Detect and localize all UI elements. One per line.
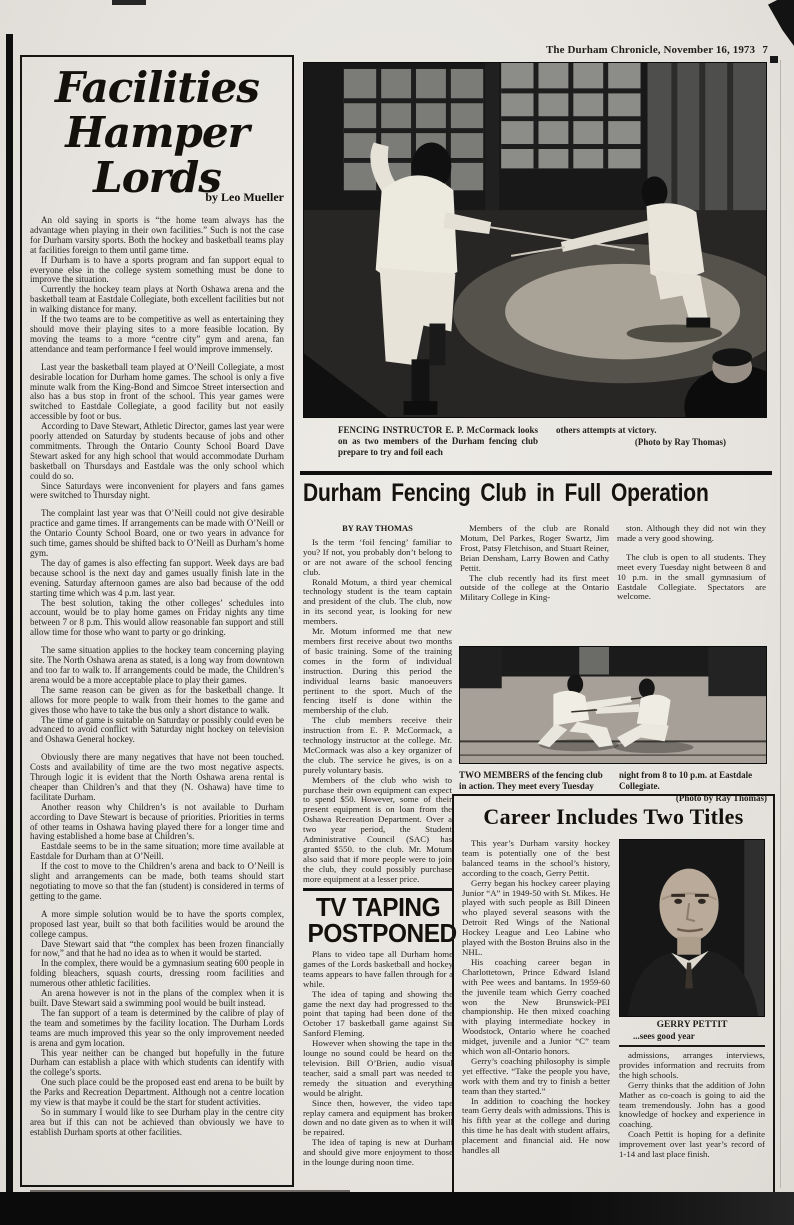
career-column-1: This year’s Durham varsity hockey team i… bbox=[462, 839, 610, 1187]
paragraph: If Durham is to have a sports program an… bbox=[30, 256, 284, 286]
ink-spot bbox=[770, 56, 778, 63]
paragraph: The time of game is suitable on Saturday… bbox=[30, 716, 284, 746]
left-scan-mark bbox=[6, 34, 13, 1192]
fencing-byline: BY RAY THOMAS bbox=[303, 524, 452, 534]
paragraph: In addition to coaching the hockey team … bbox=[462, 1097, 610, 1156]
paragraph: One such place could be the proposed eas… bbox=[30, 1078, 284, 1108]
photo-caption: night from 8 to 10 p.m. at Eastdale Coll… bbox=[619, 770, 767, 792]
paragraph: The day of games is also effecting fan s… bbox=[30, 559, 284, 599]
paragraph: His coaching career began in Charlotteto… bbox=[462, 958, 610, 1057]
headline-line: TV TAPING bbox=[308, 894, 449, 920]
paragraph: The best solution, taking the other coll… bbox=[30, 599, 284, 639]
newspaper-page: The Durham Chronicle, November 16, 1973 … bbox=[0, 0, 794, 1225]
paragraph: Currently the hockey team plays at North… bbox=[30, 285, 284, 315]
fencing-photo-graphic bbox=[304, 63, 766, 417]
facilities-body: An old saying in sports is “the home tea… bbox=[30, 216, 284, 1178]
gerry-pettit-photo bbox=[619, 839, 765, 1017]
right-fold-line bbox=[780, 60, 781, 1188]
paragraph: The same reason can be given as for the … bbox=[30, 686, 284, 716]
paragraph: Since Saturdays were inconvenient for pl… bbox=[30, 482, 284, 502]
paragraph: ston. Although they did not win they mad… bbox=[617, 524, 766, 544]
portrait-subcaption: ...sees good year bbox=[619, 1031, 765, 1047]
title-line: Facilities bbox=[30, 65, 284, 110]
paragraph: An arena however is not in the plans of … bbox=[30, 989, 284, 1009]
paragraph: The fan support of a team is determined … bbox=[30, 1009, 284, 1049]
fencing-instructor-photo bbox=[303, 62, 767, 418]
article-career-two-titles: Career Includes Two Titles This year’s D… bbox=[452, 794, 775, 1214]
fencing-column-1: BY RAY THOMAS Is the term ‘foil fencing’… bbox=[303, 524, 452, 886]
paragraph: However when showing the tape in the lou… bbox=[303, 1039, 453, 1098]
paragraph: Members of the club who wish to purchase… bbox=[303, 776, 452, 885]
page-number: 7 bbox=[762, 44, 768, 56]
paragraph: Gerry’s coaching philosophy is simple ye… bbox=[462, 1057, 610, 1097]
paragraph: The idea of taping is new at Durham and … bbox=[303, 1138, 453, 1168]
career-headline: Career Includes Two Titles bbox=[462, 804, 765, 830]
paragraph: The same situation applies to the hockey… bbox=[30, 646, 284, 686]
facilities-byline: by Leo Mueller bbox=[205, 190, 284, 205]
paragraph: This year’s Durham varsity hockey team i… bbox=[462, 839, 610, 879]
paragraph: Eastdale seems to be in the same situati… bbox=[30, 842, 284, 862]
paragraph: Dave Stewart said that “the complex has … bbox=[30, 940, 284, 960]
paragraph: Another reason why Children’s is not ava… bbox=[30, 803, 284, 843]
paragraph: admissions, arranges interviews, provide… bbox=[619, 1051, 765, 1081]
paragraph: In the complex, there would be a gymnasi… bbox=[30, 959, 284, 989]
paragraph: This year neither can be changed but hop… bbox=[30, 1049, 284, 1079]
paragraph: Plans to video tape all Durham home game… bbox=[303, 950, 453, 990]
photo-credit: (Photo by Ray Thomas) bbox=[556, 437, 726, 448]
paragraph: Last year the basketball team played at … bbox=[30, 363, 284, 422]
paragraph: An old saying in sports is “the home tea… bbox=[30, 216, 284, 256]
fencing-headline: Durham Fencing Club in Full Operation bbox=[303, 479, 773, 508]
masthead-title: The Durham Chronicle, November 16, 1973 bbox=[546, 44, 755, 56]
paragraph: Gerry began his hockey career playing Ju… bbox=[462, 879, 610, 958]
paragraph: The club is open to all students. They m… bbox=[617, 553, 766, 603]
paragraph: Mr. Motum informed me that new members f… bbox=[303, 627, 452, 716]
paragraph: The club members receive their instructi… bbox=[303, 716, 452, 775]
paragraph: Members of the club are Ronald Motum, De… bbox=[460, 524, 609, 574]
fencing-members-photo bbox=[459, 646, 767, 764]
photo-caption: others attempts at victory. bbox=[556, 425, 726, 436]
corner-scan-mark bbox=[768, 0, 794, 46]
tv-taping-headline: TV TAPING POSTPONED bbox=[308, 894, 449, 946]
career-column-2: admissions, arranges interviews, provide… bbox=[619, 1051, 765, 1191]
fencing-column-1-text: Is the term ‘foil fencing’ familiar to y… bbox=[303, 538, 452, 885]
paragraph: A more simple solution would be to have … bbox=[30, 910, 284, 940]
facilities-title: Facilities Hamper Lords by Leo Mueller bbox=[30, 61, 284, 207]
portrait-caption: GERRY PETTIT bbox=[619, 1020, 765, 1031]
paragraph: Is the term ‘foil fencing’ familiar to y… bbox=[303, 538, 452, 578]
paragraph: Obviously there are many negatives that … bbox=[30, 753, 284, 803]
paragraph: The club recently had its first meet out… bbox=[460, 574, 609, 604]
paragraph: According to Dave Stewart, Athletic Dire… bbox=[30, 422, 284, 481]
paragraph: If the two teams are to be competitive a… bbox=[30, 315, 284, 355]
section-rule bbox=[300, 471, 772, 475]
paragraph: So in summary I would like to see Durham… bbox=[30, 1108, 284, 1138]
paragraph: The idea of taping and showing the game … bbox=[303, 990, 453, 1040]
paragraph: Gerry thinks that the addition of John M… bbox=[619, 1081, 765, 1131]
paragraph: Ronald Motum, a third year chemical tech… bbox=[303, 578, 452, 628]
article-facilities-hamper-lords: Facilities Hamper Lords by Leo Mueller A… bbox=[20, 55, 294, 1187]
paragraph: Coach Pettit is hoping for a definite im… bbox=[619, 1130, 765, 1160]
photo-caption: FENCING INSTRUCTOR E. P. McCormack looks… bbox=[338, 425, 538, 458]
paragraph: The complaint last year was that O’Neill… bbox=[30, 509, 284, 559]
paragraph: If the cost to move to the Children’s ar… bbox=[30, 862, 284, 902]
portrait-graphic bbox=[620, 840, 764, 1016]
title-line: Hamper bbox=[30, 110, 284, 155]
section-rule bbox=[303, 888, 453, 891]
top-photo-caption: FENCING INSTRUCTOR E. P. McCormack looks… bbox=[306, 425, 778, 458]
fencing-action-graphic bbox=[460, 647, 766, 763]
paragraph: Since then, however, the video tape repl… bbox=[303, 1099, 453, 1139]
article-tv-taping: Plans to video tape all Durham home game… bbox=[303, 950, 453, 1192]
masthead: The Durham Chronicle, November 16, 1973 … bbox=[546, 44, 768, 56]
headline-line: POSTPONED bbox=[308, 920, 449, 946]
top-scan-mark bbox=[112, 0, 146, 5]
bottom-scan-bar bbox=[0, 1192, 794, 1225]
